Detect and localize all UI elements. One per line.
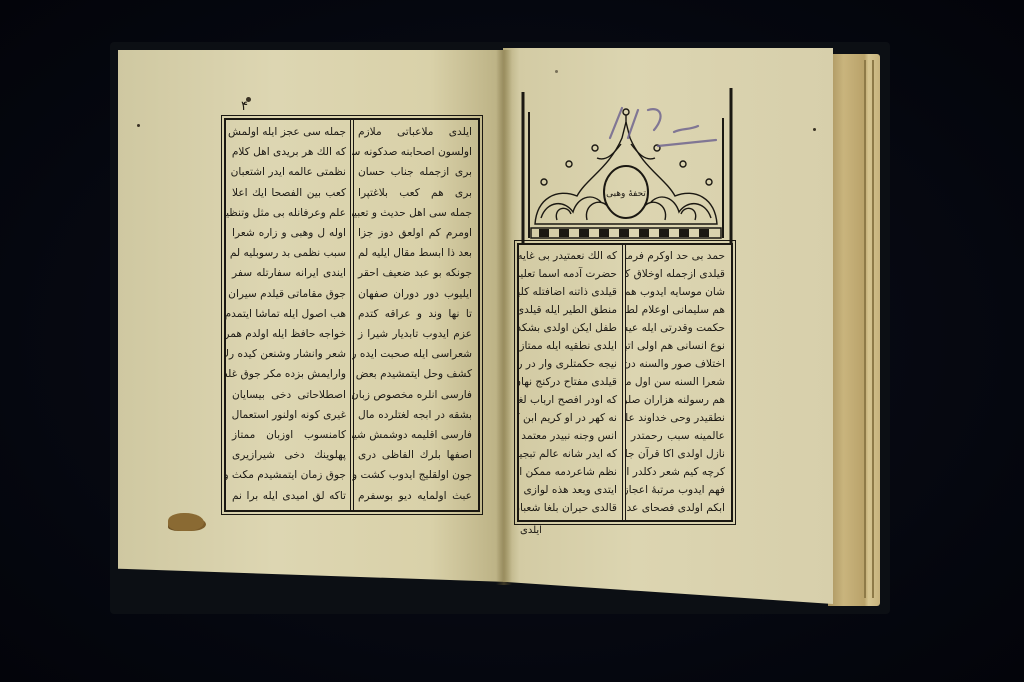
text-line: شان موسایه ایدوب هم تکریم (631, 283, 725, 301)
text-line: فهم ایدوب مرتبهٔ اعجازین (631, 481, 725, 499)
text-line: شعرا السنه سن اول منان (631, 373, 725, 391)
text-line: که ایدم سعی بلیغ موفور (358, 506, 472, 510)
text-line: جون اولقلیج ایدوب کشت وکنار (358, 465, 472, 485)
left-text-frame: ایلدی ملاعباتی ملازماولسون اصحابنه صدکون… (224, 118, 480, 512)
text-line: اولسون اصحابنه صدکونه سلام (358, 142, 472, 162)
text-line: حکمت وقدرتی ایله عیسی (631, 319, 725, 337)
leaf-edge-line (872, 60, 874, 598)
text-line: نوع انسانی هم اولی اتباز (631, 337, 725, 355)
text-line: ایندی ایرانه سفارتله سفر (232, 263, 346, 283)
text-line: نیجه حکمتلری وار در روشن (525, 355, 617, 373)
text-line: ایلدی نطقیه ایله ممتاز (525, 337, 617, 355)
text-line: بری ازجمله جناب حسان (358, 162, 472, 182)
text-line: که اودر افصح ارباب لغات (525, 391, 617, 409)
ink-speck (813, 128, 816, 131)
catchword: ایلدی (520, 525, 542, 536)
text-line: نطقیدر وحی خداوند علیم (631, 409, 725, 427)
text-line: کرچه کیم شعر دکلدر اوکلام (631, 463, 725, 481)
text-line: نظمتی عالمه ایدر اشتعبان (232, 162, 346, 182)
text-line: جمله سی عجز ایله اولمش مغرم (232, 122, 346, 142)
text-line: عزم ایدوب تابدیار شیرا ز (358, 324, 472, 344)
text-line: حمد بی حد اوکرم فرمایه (631, 247, 725, 265)
text-line: جمله سی اهل حدیث و تعبیر (358, 203, 472, 223)
book-gutter (496, 50, 512, 585)
text-line: قالدی حیران بلغا شعبان (525, 499, 617, 517)
text-line: نازل اولدی اکا قرآن جلیل (631, 445, 725, 463)
pencil-inscription (598, 100, 718, 152)
text-line: ایتدی وبعد هذه لوازی (525, 481, 617, 499)
text-line: عبث اولمایه دیو بوسفرم (358, 486, 472, 506)
text-line: اوله ل وهبی و زاره شعرا (232, 223, 346, 243)
text-line: ایلدی ملاعباتی ملازم (358, 122, 472, 142)
right-text-frame: حمد بی حد اوکرم فرمایهقیلدی ازجمله اوخلا… (517, 243, 733, 522)
text-line: سبب نظمی بد رسوبلیه لم (232, 243, 346, 263)
text-line: اومرم کم اولعق دوز جزا (358, 223, 472, 243)
text-line: بعد ذا ابسط مقال ایلیه لم (358, 243, 472, 263)
text-line: فارسی اقلیمه دوشمش شیراز (358, 425, 472, 445)
text-line: تا نها وند و عراقه کتدم (358, 304, 472, 324)
right-page-column-left: که الك نعمتیدر بی غایهحضرت آدمه اسما تعل… (519, 245, 623, 520)
page-block-fore-edge (828, 54, 880, 606)
text-line: حضرت آدمه اسما تعلیم (525, 265, 617, 283)
text-line: جونکه بو عبد ضعیف احقر (358, 263, 472, 283)
text-line: هم رسولنه هزاران صلوات (631, 391, 725, 409)
text-line: خواجه حافظ ایله اولدم همراز (232, 324, 346, 344)
text-line: شعراسی ایله صحبت ایده رك (358, 344, 472, 364)
text-line: وارایمش بزده مکر جوق غلطات (232, 364, 346, 384)
text-line: هم سلیمانی اوعلام لطیف (631, 301, 725, 319)
text-line: انس وجنه نبیدر معتمد (525, 427, 617, 445)
text-line: غیری کونه اولنور استعمال (232, 405, 346, 425)
text-line: طفل ایکن اولدی بشکده کویا (525, 319, 617, 337)
text-line: اصطلاحاتی دخی بیسایان (232, 385, 346, 405)
paper-stain (168, 513, 204, 531)
text-line: جوق مقاماتی قیلدم سیران (232, 284, 346, 304)
text-line: قیلدی مفتاح درکنج نهان (525, 373, 617, 391)
text-line: تاکه لق امیدی ایله برا نم (232, 486, 346, 506)
left-page-column-right: ایلدی ملاعباتی ملازماولسون اصحابنه صدکون… (352, 120, 478, 510)
text-line: دائما خاطره ایلردی خطور (232, 506, 346, 510)
text-line: فارسی انلره مخصوص زبان (358, 385, 472, 405)
text-line: علم وعرفانله بی مثل وتنظیر (232, 203, 346, 223)
text-line: پهلوینك دخی شیرازیری (232, 445, 346, 465)
text-line: قیلدی ذاتنه اضافتله کلیم (525, 283, 617, 301)
left-page-column-left: جمله سی عجز ایله اولمش مغرمکه الك هر بری… (226, 120, 352, 510)
text-line: جوق زمان ایتمشیدم مکث وقرار (232, 465, 346, 485)
text-line: بشقه در ابجه لغتلرده مال (358, 405, 472, 425)
text-line: کعب بین الفصحا ایك اعلا (232, 183, 346, 203)
text-line: قیلدی ازجمله اوخلاق کرم (631, 265, 725, 283)
text-line: منطق الطیر ایله قیلدی تلطیف (525, 301, 617, 319)
text-line: شعر وانشار وشنعن کیده رك (232, 344, 346, 364)
text-line: کامنسوب اوزبان ممتاز (232, 425, 346, 445)
text-line: که ایدر شانه عالم تبجیل (525, 445, 617, 463)
text-line: هب اصول ایله تماشا ایتمدم (232, 304, 346, 324)
text-line: ایلیوب دور دوران صفهان (358, 284, 472, 304)
text-line: که الك هر بریدی اهل کلام (232, 142, 346, 162)
text-line: کشف وحل ایتمشیدم بعض لغات (358, 364, 472, 384)
ink-speck (555, 70, 558, 73)
text-line: نظم شاعردمه ممکن اونظام (525, 463, 617, 481)
ink-speck (137, 124, 140, 127)
text-line: نه کهر در او کریم ابن کریم (525, 409, 617, 427)
text-line: ابکم اولدی فصحای عدنان (631, 499, 725, 517)
text-line: اصفها بلرك الفاظی دری (358, 445, 472, 465)
text-line: که الك نعمتیدر بی غایه (525, 247, 617, 265)
headpiece-cartouche-text: تحفهٔ وهبی (606, 189, 646, 199)
leaf-edge-line (864, 60, 866, 598)
text-line: عالمینه سبب رحمتدر (631, 427, 725, 445)
page-number: ۴ (241, 99, 248, 114)
text-line: بری هم کعب بلاغتپرا (358, 183, 472, 203)
text-line: اختلاف صور والسنه دن (631, 355, 725, 373)
right-page-column-right: حمد بی حد اوکرم فرمایهقیلدی ازجمله اوخلا… (625, 245, 731, 520)
